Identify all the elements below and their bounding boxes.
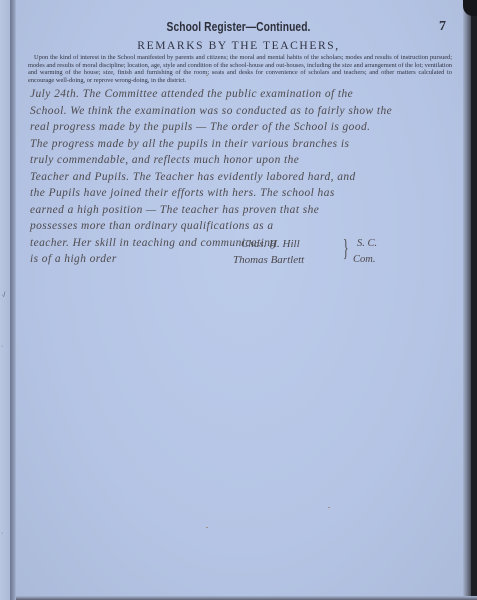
paper-speck [328,507,330,508]
page-header-title: School Register—Continued. [43,20,434,34]
signature-role: Com. [353,254,375,265]
brace-glyph: } [343,236,349,263]
margin-mark: ·/ [1,292,5,299]
remark-line: School. We think the examination was so … [30,103,450,120]
remark-line: possesses more than ordinary qualificati… [30,218,450,235]
paper-speck [206,527,208,528]
section-title: REMARKS BY THE TEACHERS, [0,40,477,52]
signature-name: Chas. H. Hill [241,238,300,250]
signature-name: Thomas Bartlett [233,254,304,266]
remark-line: truly commendable, and reflects much hon… [30,152,450,169]
page-right-edge [463,0,471,600]
handwritten-remarks: July 24th. The Committee attended the pu… [30,86,450,268]
remark-line: July 24th. The Committee attended the pu… [30,86,450,103]
instructions-paragraph: Upon the kind of interest in the School … [28,54,452,84]
page-number: 7 [439,19,446,35]
remark-line: the Pupils have joined their efforts wit… [30,185,450,202]
remark-line: teacher. Her skill in teaching and commu… [30,235,450,252]
margin-mark: · [1,343,3,350]
margin-mark: · [1,530,3,537]
remark-line: The progress made by all the pupils in t… [30,136,450,153]
signature-role: S. C. [357,238,377,249]
page-bottom-edge [16,596,477,600]
remark-line: earned a high position — The teacher has… [30,202,450,219]
remark-line: Teacher and Pupils. The Teacher has evid… [30,169,450,186]
remark-line: real progress made by the pupils — The o… [30,119,450,136]
